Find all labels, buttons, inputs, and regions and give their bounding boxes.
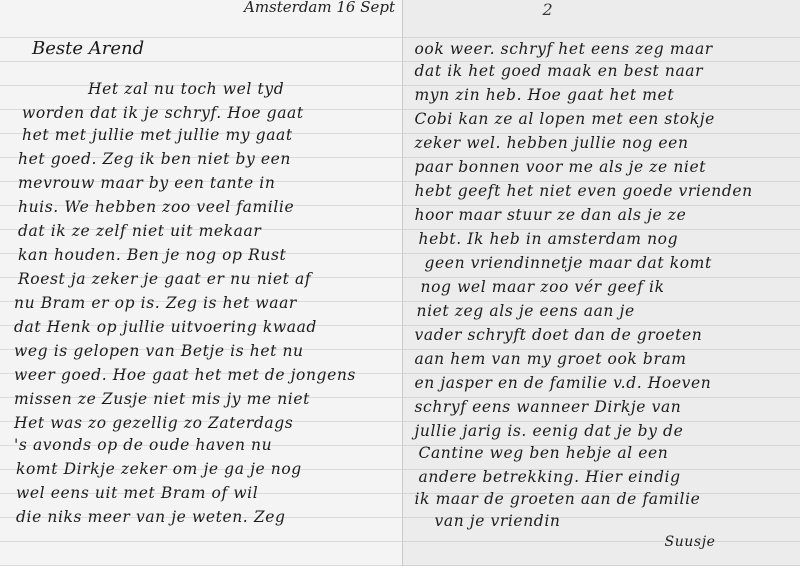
letter-line: schryf eens wanneer Dirkje van bbox=[415, 398, 682, 416]
letter-line: en jasper en de familie v.d. Hoeven bbox=[415, 374, 712, 392]
right-page: 2 ook weer. schryf het eens zeg maar dat… bbox=[403, 0, 800, 566]
letter-line: het goed. Zeg ik ben niet by een bbox=[18, 150, 291, 168]
letter-line: aan hem van my groet ook bram bbox=[415, 350, 687, 368]
letter-line: vader schryft doet dan de groeten bbox=[415, 326, 703, 344]
letter-spread: Amsterdam 16 Sept Beste Arend Het zal nu… bbox=[0, 0, 800, 566]
letter-line: Roest ja zeker je gaat er nu niet af bbox=[18, 270, 311, 288]
letter-line: weer goed. Hoe gaat het met de jongens bbox=[14, 366, 356, 384]
letter-line: Cobi kan ze al lopen met een stokje bbox=[415, 110, 715, 128]
letter-line: dat ik het goed maak en best naar bbox=[415, 62, 704, 80]
page-number: 2 bbox=[543, 0, 553, 19]
letter-line: missen ze Zusje niet mis jy me niet bbox=[14, 390, 310, 408]
letter-line: ook weer. schryf het eens zeg maar bbox=[415, 40, 713, 58]
left-page: Amsterdam 16 Sept Beste Arend Het zal nu… bbox=[0, 0, 403, 566]
letter-line: andere betrekking. Hier eindig bbox=[419, 468, 681, 486]
letter-line: het met jullie met jullie my gaat bbox=[22, 126, 293, 144]
letter-line: nog wel maar zoo vér geef ik bbox=[421, 278, 665, 296]
letter-line: huis. We hebben zoo veel familie bbox=[18, 198, 294, 216]
letter-line: Cantine weg ben hebje al een bbox=[419, 444, 669, 462]
letter-line: dat ik ze zelf niet uit mekaar bbox=[18, 222, 261, 240]
signature: Suusje bbox=[665, 534, 716, 550]
letter-line: worden dat ik je schryf. Hoe gaat bbox=[22, 104, 304, 122]
letter-line: hoor maar stuur ze dan als je ze bbox=[415, 206, 687, 224]
letter-line: jullie jarig is. eenig dat je by de bbox=[415, 422, 684, 440]
closing-line: van je vriendin bbox=[435, 512, 561, 530]
letter-line: niet zeg als je eens aan je bbox=[417, 302, 635, 320]
letter-line: hebt. Ik heb in amsterdam nog bbox=[419, 230, 679, 248]
letter-line: dat Henk op jullie uitvoering kwaad bbox=[14, 318, 317, 336]
letter-line: nu Bram er op is. Zeg is het waar bbox=[14, 294, 297, 312]
letter-line: myn zin heb. Hoe gaat het met bbox=[415, 86, 675, 104]
letter-line: kan houden. Ben je nog op Rust bbox=[18, 246, 286, 264]
letter-line: die niks meer van je weten. Zeg bbox=[16, 508, 286, 526]
letter-line: komt Dirkje zeker om je ga je nog bbox=[16, 460, 302, 478]
header-date: Amsterdam 16 Sept bbox=[244, 0, 395, 16]
letter-line: wel eens uit met Bram of wil bbox=[16, 484, 258, 502]
letter-line: weg is gelopen van Betje is het nu bbox=[14, 342, 304, 360]
letter-line: ik maar de groeten aan de familie bbox=[415, 490, 701, 508]
letter-line: Het zal nu toch wel tyd bbox=[88, 80, 284, 98]
letter-line: geen vriendinnetje maar dat komt bbox=[425, 254, 712, 272]
letter-line: mevrouw maar by een tante in bbox=[18, 174, 275, 192]
greeting: Beste Arend bbox=[32, 38, 144, 59]
letter-line: hebt geeft het niet even goede vrienden bbox=[415, 182, 753, 200]
letter-line: 's avonds op de oude haven nu bbox=[14, 436, 272, 454]
letter-line: zeker wel. hebben jullie nog een bbox=[415, 134, 689, 152]
letter-line: Het was zo gezellig zo Zaterdags bbox=[14, 414, 293, 432]
letter-line: paar bonnen voor me als je ze niet bbox=[415, 158, 707, 176]
